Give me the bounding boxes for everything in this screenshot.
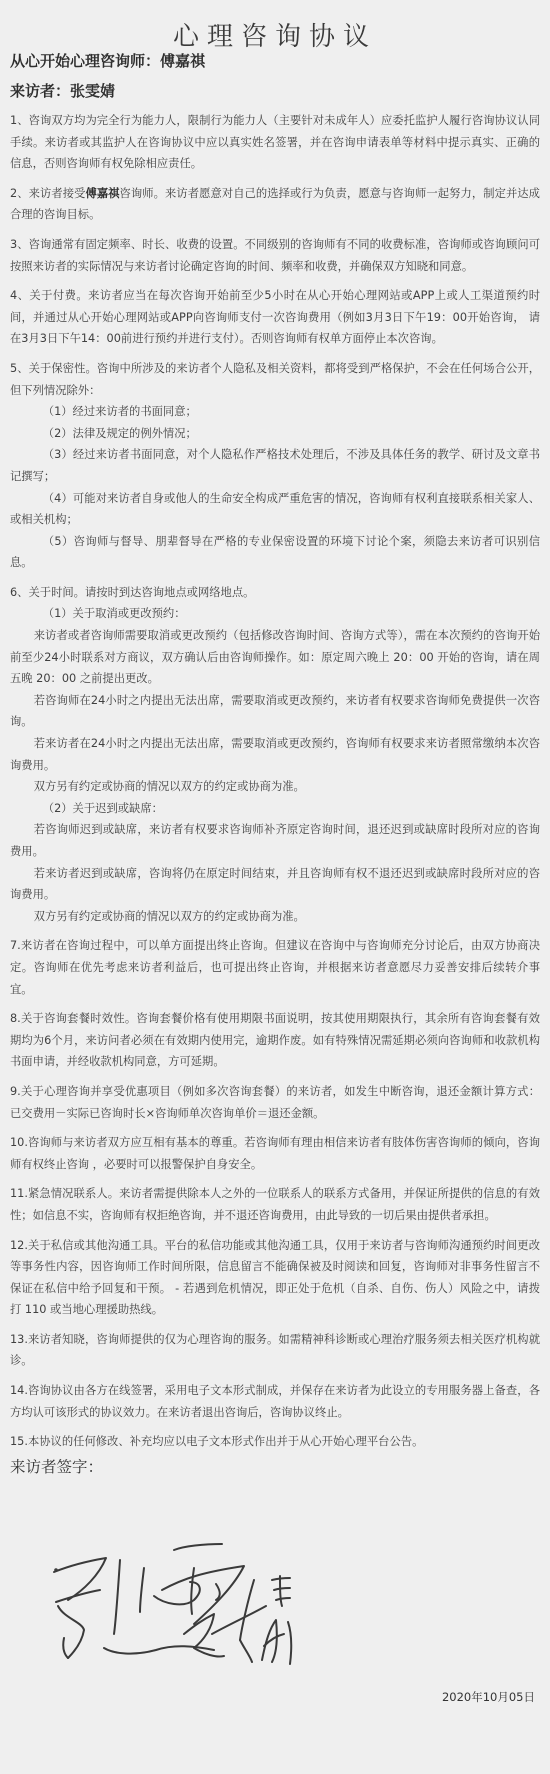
clause-2: 2、来访者接受傅嘉祺咨询师。来访者愿意对自己的选择或行为负责，愿意与咨询师一起努… [10,183,540,226]
page-title: 心理咨询协议 [0,19,550,55]
clause-11: 11.紧急情况联系人。来访者需提供除本人之外的一位联系人的联系方式备用，并保证所… [10,1183,540,1226]
clause-12: 12.关于私信或其他沟通工具。平台的私信功能或其他沟通工具，仅用于来访者与咨询师… [10,1235,540,1321]
counselor-label: 从心开始心理咨询师： [10,52,160,70]
counselor-line: 从心开始心理咨询师：傅嘉祺 [10,51,205,71]
clause-5: 5、关于保密性。咨询中所涉及的来访者个人隐私及相关资料，都将受到严格保护，不会在… [10,358,540,574]
clause-6-intro: 6、关于时间。请按时到达咨询地点或网络地点。 [10,582,540,604]
agreement-body: 1、咨询双方均为完全行为能力人，限制行为能力人（主要针对未成年人）应委托监护人履… [10,110,540,1461]
clause-1: 1、咨询双方均为完全行为能力人，限制行为能力人（主要针对未成年人）应委托监护人履… [10,110,540,175]
clause-6-sub2-para-3: 双方另有约定或协商的情况以双方的约定或协商为准。 [10,906,540,928]
clause-4: 4、关于付费。来访者应当在每次咨询开始前至少5小时在从心开始心理网站或APP上或… [10,285,540,350]
clause-3: 3、咨询通常有固定频率、时长、收费的设置。不同级别的咨询师有不同的收费标准，咨询… [10,234,540,277]
clause-13: 13.来访者知晓，咨询师提供的仅为心理咨询的服务。如需精神科诊断或心理治疗服务须… [10,1329,540,1372]
clause-6-sub1-title: （1）关于取消或更改预约： [10,603,540,625]
clause-5-item-3: （3）经过来访者书面同意，对个人隐私作严格技术处理后，不涉及具体任务的教学、研讨… [10,444,540,487]
clause-5-intro: 5、关于保密性。咨询中所涉及的来访者个人隐私及相关资料，都将受到严格保护，不会在… [10,358,540,401]
clause-9: 9.关于心理咨询并享受优惠项目（例如多次咨询套餐）的来访者，如发生中断咨询，退还… [10,1081,540,1124]
clause-5-item-5: （5）咨询师与督导、朋辈督导在严格的专业保密设置的环境下讨论个案，须隐去来访者可… [10,531,540,574]
clause-6-sub1-para-3: 若来访者在24小时之内提出无法出席，需要取消或更改预约，咨询师有权要求来访者照常… [10,733,540,776]
clause-5-item-4: （4）可能对来访者自身或他人的生命安全构成严重危害的情况，咨询师有权利直接联系相… [10,488,540,531]
visitor-name: 张雯婧 [70,82,115,100]
clause-6: 6、关于时间。请按时到达咨询地点或网络地点。 （1）关于取消或更改预约： 来访者… [10,582,540,928]
clause-7: 7.来访者在咨询过程中，可以单方面提出终止咨询。但建议在咨询中与咨询师充分讨论后… [10,935,540,1000]
clause-2-counselor-name: 傅嘉祺 [85,187,119,200]
clause-6-sub2-para-1: 若咨询师迟到或缺席，来访者有权要求咨询师补齐原定咨询时间，退还迟到或缺席时段所对… [10,819,540,862]
clause-14: 14.咨询协议由各方在线签署，采用电子文本形式制成，并保存在来访者为此设立的专用… [10,1380,540,1423]
clause-8: 8.关于咨询套餐时效性。咨询套餐价格有使用期限书面说明，按其使用期限执行，其余所… [10,1008,540,1073]
handwritten-signature-icon [44,1530,304,1680]
signature-label: 来访者签字： [10,1455,103,1479]
clause-6-sub2-title: （2）关于迟到或缺席： [10,798,540,820]
clause-6-sub1-para-2: 若咨询师在24小时之内提出无法出席，需要取消或更改预约，来访者有权要求咨询师免费… [10,690,540,733]
signature-date: 2020年10月05日 [442,1689,535,1705]
counselor-name: 傅嘉祺 [160,52,205,70]
clause-10: 10.咨询师与来访者双方应互相有基本的尊重。若咨询师有理由相信来访者有肢体伤害咨… [10,1132,540,1175]
clause-2-prefix: 2、来访者接受 [10,187,85,200]
agreement-page: 心理咨询协议 从心开始心理咨询师：傅嘉祺 来访者：张雯婧 1、咨询双方均为完全行… [0,0,550,1774]
clause-6-sub2-para-2: 若来访者迟到或缺席，咨询将仍在原定时间结束，并且咨询师有权不退还迟到或缺席时段所… [10,863,540,906]
clause-6-sub1-para-1: 来访者或者咨询师需要取消或更改预约（包括修改咨询时间、咨询方式等），需在本次预约… [10,625,540,690]
clause-5-item-1: （1）经过来访者的书面同意； [10,401,540,423]
clause-6-sub1-para-4: 双方另有约定或协商的情况以双方的约定或协商为准。 [10,776,540,798]
visitor-label: 来访者： [10,82,70,100]
clause-15: 15.本协议的任何修改、补充均应以电子文本形式作出并于从心开始心理平台公告。 [10,1431,540,1453]
visitor-line: 来访者：张雯婧 [10,81,115,101]
clause-5-item-2: （2）法律及规定的例外情况； [10,423,540,445]
